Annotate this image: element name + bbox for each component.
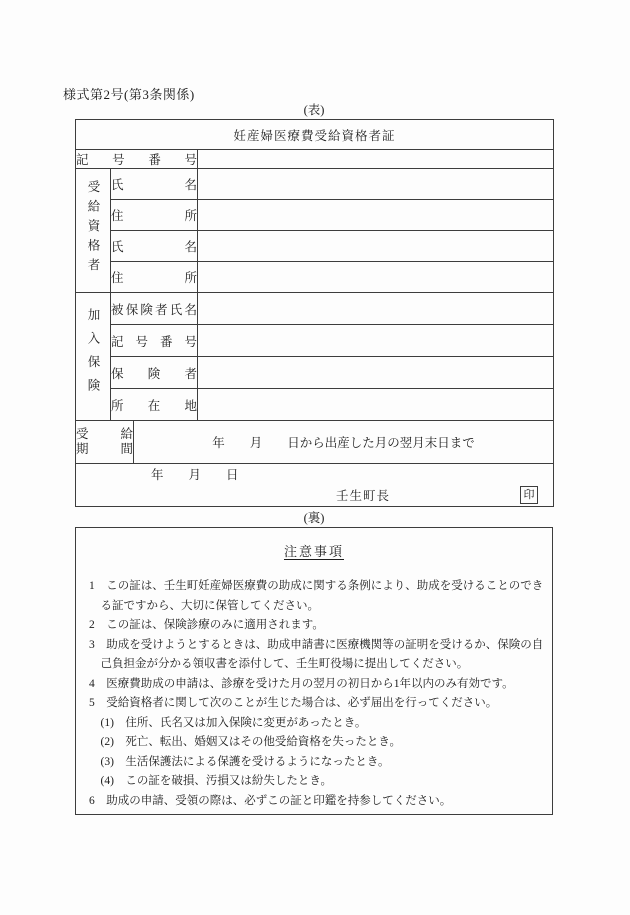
- insurance-group-label: 加入保険: [84, 308, 102, 402]
- official-seal-box: 印: [520, 486, 538, 504]
- recipient-group-cell: 受給資格者: [76, 169, 111, 293]
- note-item-2: 2 この証は、保険診療のみに適用されます。: [89, 616, 546, 636]
- note-item-3: 3 助成を受けようとするときは、助成申請書に医療機関等の証明を受けるか、保険の自…: [89, 636, 546, 675]
- insurance-symbol-number-label: 記 号 番 号: [111, 325, 198, 357]
- issue-cell: 年 月 日 壬生町長 印: [76, 464, 554, 507]
- benefit-period-label: 受 給 期 間: [76, 421, 134, 464]
- recipient-name-label-2: 氏 名: [111, 231, 198, 262]
- note-item-5-4: (4) この証を破損、汚損又は紛失したとき。: [89, 772, 546, 792]
- benefit-period-value: 年 月 日から出産した月の翌月末日まで: [134, 421, 554, 464]
- notes-body: 1 この証は、壬生町妊産婦医療費の助成に関する条例により、助成を受けることのでき…: [76, 577, 552, 811]
- insurer-label: 保 険 者: [111, 357, 198, 389]
- mayor-label: 壬生町長: [336, 486, 390, 504]
- back-side-label: (裏): [75, 508, 553, 526]
- issue-date-line: 年 月 日: [76, 467, 553, 483]
- note-item-5-3: (3) 生活保護法による保護を受けるようになったとき。: [89, 753, 546, 773]
- scanned-form-page: 様式第2号(第3条関係) (表) 妊産婦医療費受給資格者証 記 号 番 号 受給…: [0, 0, 630, 915]
- certificate-title: 妊産婦医療費受給資格者証: [76, 120, 554, 150]
- symbol-number-field: [198, 150, 554, 169]
- insurer-location-label: 所 在 地: [111, 389, 198, 421]
- note-item-5: 5 受給資格者に関して次のことが生じた場合は、必ず届出を行ってください。: [89, 694, 546, 714]
- note-item-5-1: (1) 住所、氏名又は加入保険に変更があったとき。: [89, 714, 546, 734]
- insurance-symbol-number-field: [198, 325, 554, 357]
- insurer-field: [198, 357, 554, 389]
- insurer-location-field: [198, 389, 554, 421]
- recipient-name-label-1: 氏 名: [111, 169, 198, 200]
- recipient-address-field-2: [198, 262, 554, 293]
- recipient-group-label: 受給資格者: [84, 180, 102, 278]
- insurance-group-cell: 加入保険: [76, 293, 111, 421]
- recipient-address-label-1: 住 所: [111, 200, 198, 231]
- insured-person-name-label: 被保険者氏名: [111, 293, 198, 325]
- notes-title: 注意事項: [76, 541, 552, 560]
- note-item-6: 6 助成の申請、受領の際は、必ずこの証と印鑑を持参してください。: [89, 792, 546, 812]
- insured-person-name-field: [198, 293, 554, 325]
- recipient-address-label-2: 住 所: [111, 262, 198, 293]
- front-side-label: (表): [75, 100, 553, 118]
- certificate-table: 妊産婦医療費受給資格者証 記 号 番 号 受給資格者 氏 名 住 所 氏 名 住…: [75, 119, 554, 507]
- note-item-5-2: (2) 死亡、転出、婚姻又はその他受給資格を失ったとき。: [89, 733, 546, 753]
- recipient-name-field-2: [198, 231, 554, 262]
- notes-box: 注意事項 1 この証は、壬生町妊産婦医療費の助成に関する条例により、助成を受ける…: [75, 527, 553, 815]
- note-item-1: 1 この証は、壬生町妊産婦医療費の助成に関する条例により、助成を受けることのでき…: [89, 577, 546, 616]
- note-item-4: 4 医療費助成の申請は、診療を受けた月の翌月の初日から1年以内のみ有効です。: [89, 675, 546, 695]
- issue-signature-line: 壬生町長 印: [76, 486, 553, 504]
- recipient-name-field-1: [198, 169, 554, 200]
- symbol-number-label: 記 号 番 号: [76, 150, 198, 169]
- recipient-address-field-1: [198, 200, 554, 231]
